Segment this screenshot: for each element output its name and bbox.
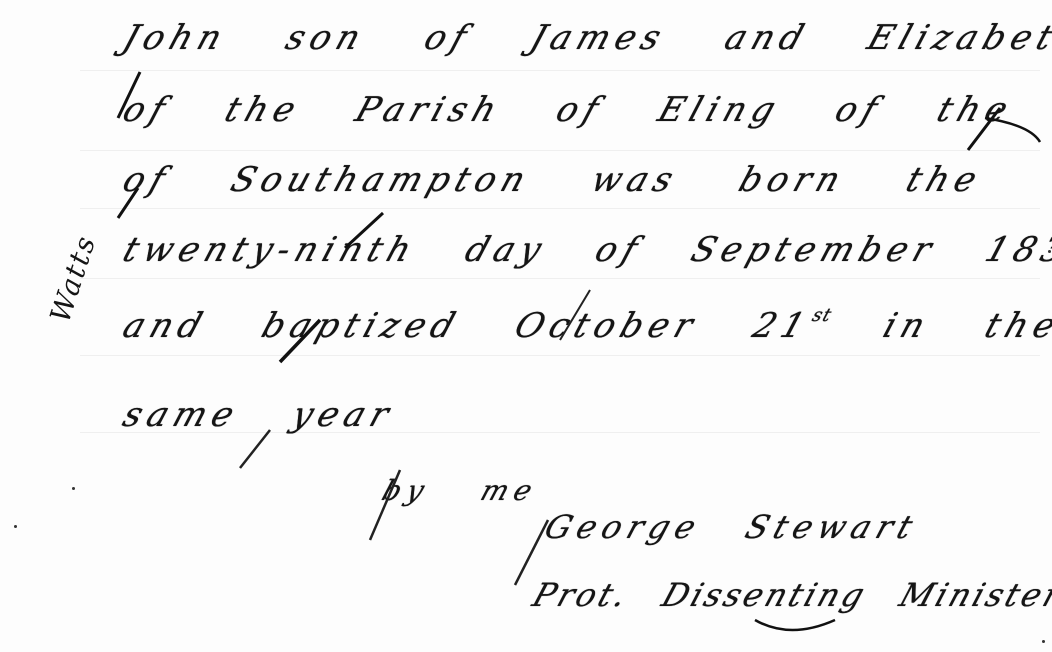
entry-line-2: of the Parish of Eling of the County bbox=[118, 90, 1052, 130]
scan-speck bbox=[1048, 250, 1051, 253]
entry-line-5: and baptized October 21st in the bbox=[118, 305, 1052, 346]
bleed-line bbox=[80, 208, 1040, 209]
minister-title: Prot. Dissenting Minister. bbox=[528, 576, 1052, 614]
scan-speck bbox=[72, 487, 75, 490]
scan-speck bbox=[14, 525, 17, 528]
by-me-text: by me bbox=[378, 474, 542, 507]
minister-signature: George Stewart bbox=[540, 508, 923, 546]
entry-line-1: John son of James and Elizabeth Watts bbox=[118, 18, 1052, 58]
entry-line-5-main: and baptized October 21 bbox=[118, 306, 816, 346]
entry-line-5-tail: in the bbox=[878, 306, 1052, 346]
bleed-line bbox=[80, 150, 1040, 151]
entry-line-4: twenty-ninth day of September 1832 bbox=[118, 230, 1052, 270]
entry-line-3: of Southampton was born the bbox=[118, 160, 988, 200]
bleed-line bbox=[80, 355, 1040, 356]
bleed-line bbox=[80, 70, 1040, 71]
scanned-register-page: Watts John son of James and Elizabeth Wa… bbox=[0, 0, 1052, 652]
scan-speck bbox=[1042, 640, 1045, 643]
bleed-line bbox=[80, 278, 1040, 279]
entry-line-6: same year bbox=[118, 395, 400, 435]
